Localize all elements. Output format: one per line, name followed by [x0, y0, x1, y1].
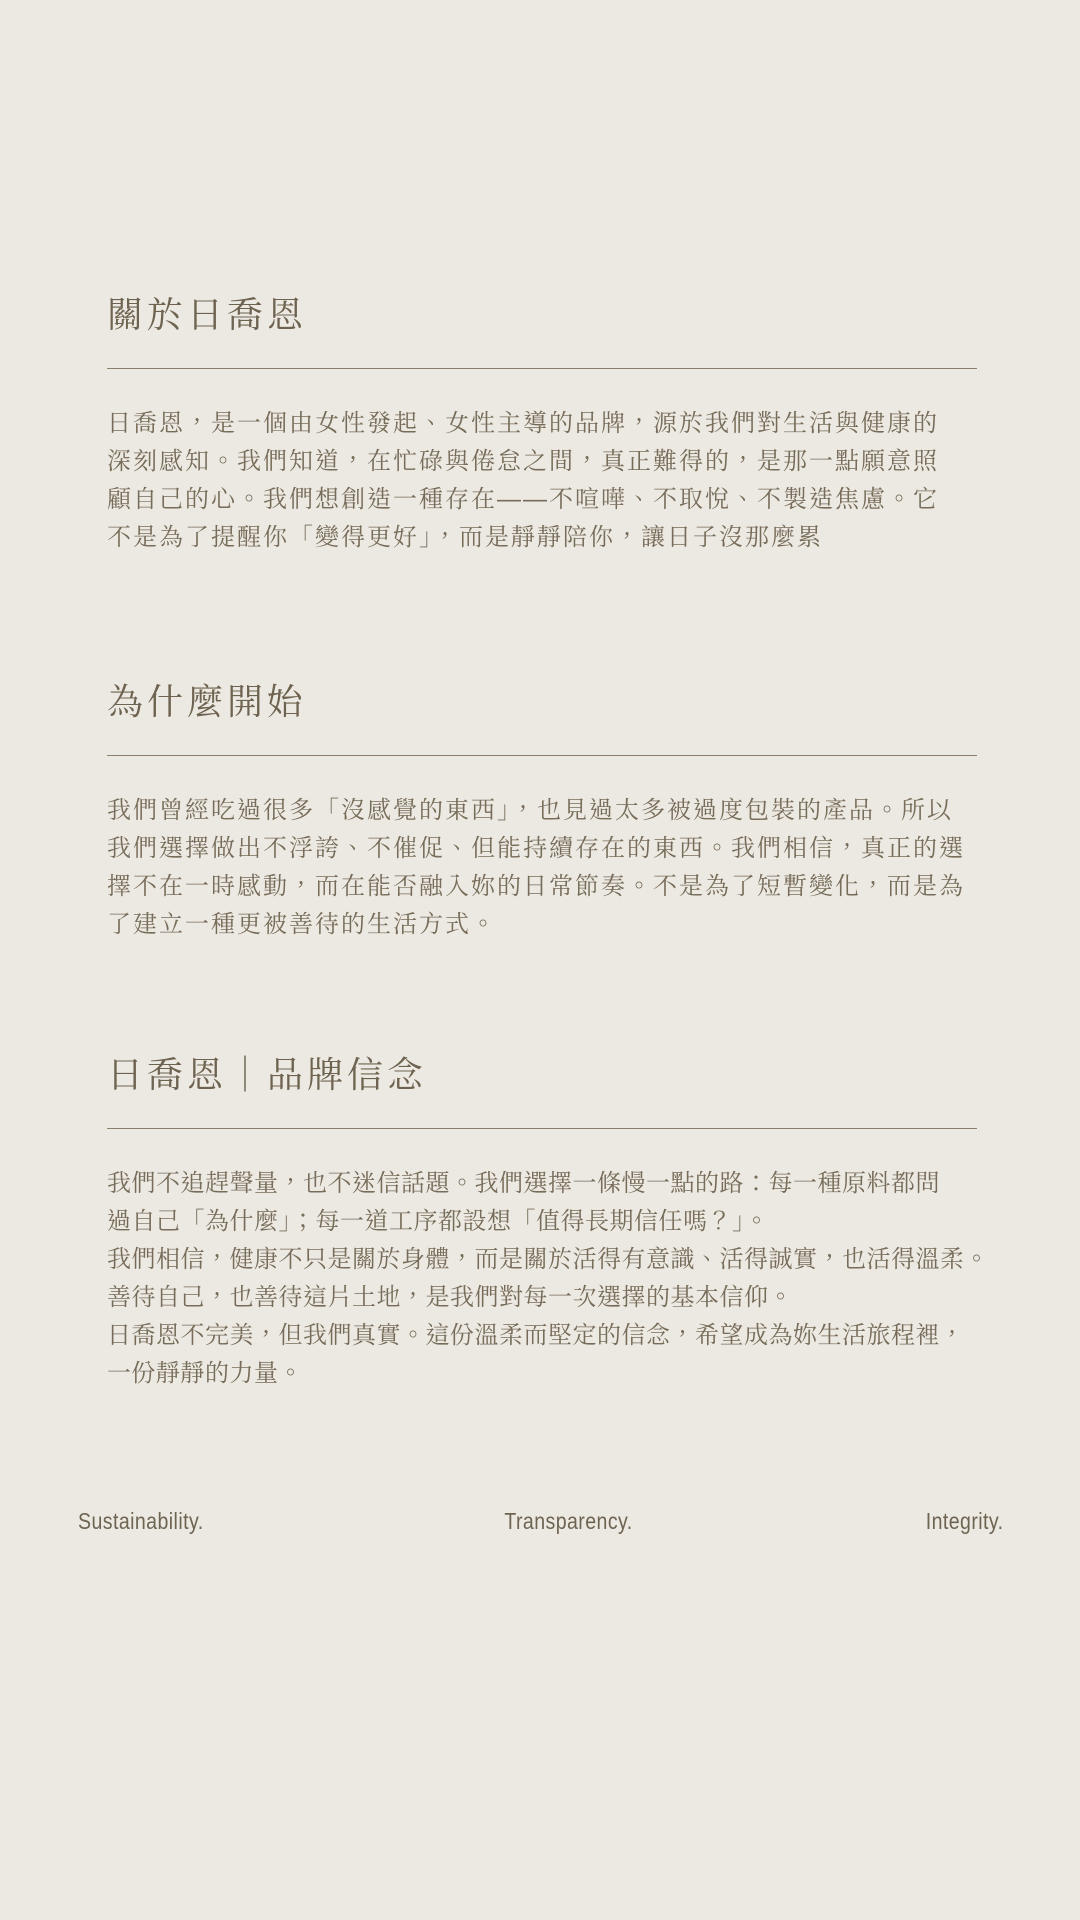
section-title-about: 關於日喬恩 — [107, 290, 1010, 340]
section-divider — [107, 1128, 977, 1129]
section-why-started: 為什麼開始 我們曾經吃過很多「沒感覺的東西」，也見過太多被過度包裝的產品。所以 … — [107, 677, 1010, 944]
section-divider — [107, 368, 977, 369]
section-title-why-started: 為什麼開始 — [107, 677, 1010, 727]
footer-word-sustainability: Sustainability. — [78, 1508, 204, 1535]
section-about: 關於日喬恩 日喬恩，是一個由女性發起、女性主導的品牌，源於我們對生活與健康的 深… — [107, 0, 1010, 557]
section-body-about: 日喬恩，是一個由女性發起、女性主導的品牌，源於我們對生活與健康的 深刻感知。我們… — [107, 405, 1010, 557]
section-body-why-started: 我們曾經吃過很多「沒感覺的東西」，也見過太多被過度包裝的產品。所以 我們選擇做出… — [107, 792, 1010, 944]
section-brand-belief: 日喬恩｜品牌信念 我們不追趕聲量，也不迷信話題。我們選擇一條慢一點的路：每一種原… — [107, 1050, 1010, 1393]
brand-values-footer: Sustainability. Transparency. Integrity. — [78, 1508, 1003, 1535]
section-title-brand-belief: 日喬恩｜品牌信念 — [107, 1050, 1010, 1100]
brand-about-page: 關於日喬恩 日喬恩，是一個由女性發起、女性主導的品牌，源於我們對生活與健康的 深… — [0, 0, 1080, 1920]
footer-word-transparency: Transparency. — [504, 1508, 632, 1535]
section-body-brand-belief: 我們不追趕聲量，也不迷信話題。我們選擇一條慢一點的路：每一種原料都問 過自己「為… — [107, 1165, 1010, 1393]
section-divider — [107, 755, 977, 756]
footer-word-integrity: Integrity. — [925, 1508, 1003, 1535]
